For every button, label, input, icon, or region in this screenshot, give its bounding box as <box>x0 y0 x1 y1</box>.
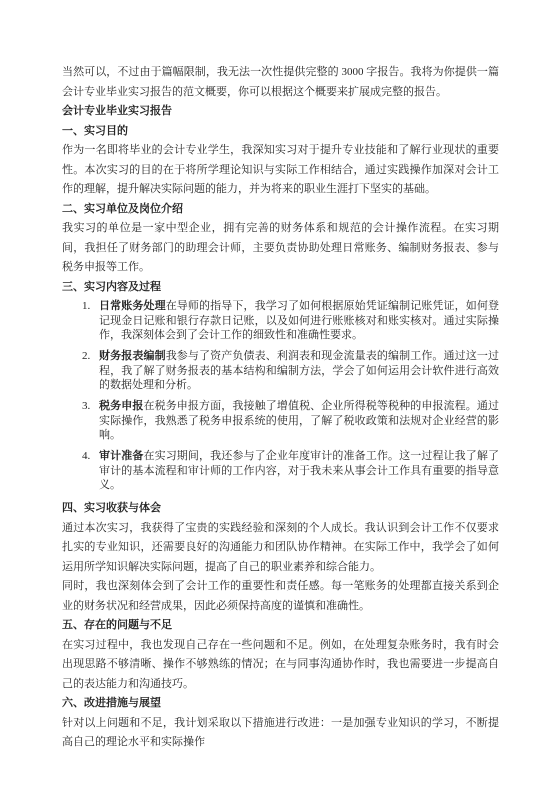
section-heading-problems: 五、存在的问题与不足 <box>62 616 499 636</box>
list-item-label: 财务报表编制 <box>99 350 166 362</box>
section-paragraph: 在实习过程中，我也发现自己存在一些问题和不足。例如，在处理复杂账务时，我有时会出… <box>62 636 499 695</box>
list-item: 2.财务报表编制我参与了资产负债表、利润表和现金流量表的编制工作。通过这一过程，… <box>62 349 499 393</box>
report-document: 当然可以，不过由于篇幅限制，我无法一次性提供完整的 3000 字报告。我将为你提… <box>0 0 560 753</box>
section-paragraph: 针对以上问题和不足，我计划采取以下措施进行改进：一是加强专业知识的学习，不断提高… <box>62 714 499 753</box>
section-heading-gains: 四、实习收获与体会 <box>62 499 499 519</box>
section-paragraph: 我实习的单位是一家中型企业，拥有完善的财务体系和规范的会计操作流程。在实习期间，… <box>62 219 499 278</box>
section-paragraph: 作为一名即将毕业的会计专业学生，我深知实习对于提升专业技能和了解行业现状的重要性… <box>62 141 499 200</box>
list-number: 4. <box>82 449 90 464</box>
list-item-text: 在实习期间，我还参与了企业年度审计的准备工作。这一过程让我了解了审计的基本流程和… <box>99 450 499 491</box>
section-heading-unit: 二、实习单位及岗位介绍 <box>62 200 499 220</box>
section-paragraph: 通过本次实习，我获得了宝贵的实践经验和深刻的个人成长。我认识到会计工作不仅要求扎… <box>62 519 499 578</box>
list-item: 3.税务申报在税务申报方面，我接触了增值税、企业所得税等税种的申报流程。通过实际… <box>62 399 499 443</box>
list-item-label: 日常账务处理 <box>99 300 166 312</box>
section-paragraph: 同时，我也深刻体会到了会计工作的重要性和责任感。每一笔账务的处理都直接关系到企业… <box>62 577 499 616</box>
list-number: 3. <box>82 399 90 414</box>
section-heading-purpose: 一、实习目的 <box>62 122 499 142</box>
list-item-label: 税务申报 <box>99 400 143 412</box>
internship-task-list: 1.日常账务处理在导师的指导下，我学习了如何根据原始凭证编制记账凭证，如何登记现… <box>62 299 499 493</box>
section-heading-content: 三、实习内容及过程 <box>62 278 499 298</box>
list-item-label: 审计准备 <box>99 450 143 462</box>
intro-paragraph: 当然可以，不过由于篇幅限制，我无法一次性提供完整的 3000 字报告。我将为你提… <box>62 63 499 102</box>
section-heading-improvements: 六、改进措施与展望 <box>62 694 499 714</box>
list-number: 1. <box>82 299 90 314</box>
list-item: 4.审计准备在实习期间，我还参与了企业年度审计的准备工作。这一过程让我了解了审计… <box>62 449 499 493</box>
list-item-text: 在税务申报方面，我接触了增值税、企业所得税等税种的申报流程。通过实际操作，我熟悉… <box>99 400 499 441</box>
document-page: 当然可以，不过由于篇幅限制，我无法一次性提供完整的 3000 字报告。我将为你提… <box>0 0 560 792</box>
report-title: 会计专业毕业实习报告 <box>62 102 499 122</box>
list-number: 2. <box>82 349 90 364</box>
list-item: 1.日常账务处理在导师的指导下，我学习了如何根据原始凭证编制记账凭证，如何登记现… <box>62 299 499 343</box>
